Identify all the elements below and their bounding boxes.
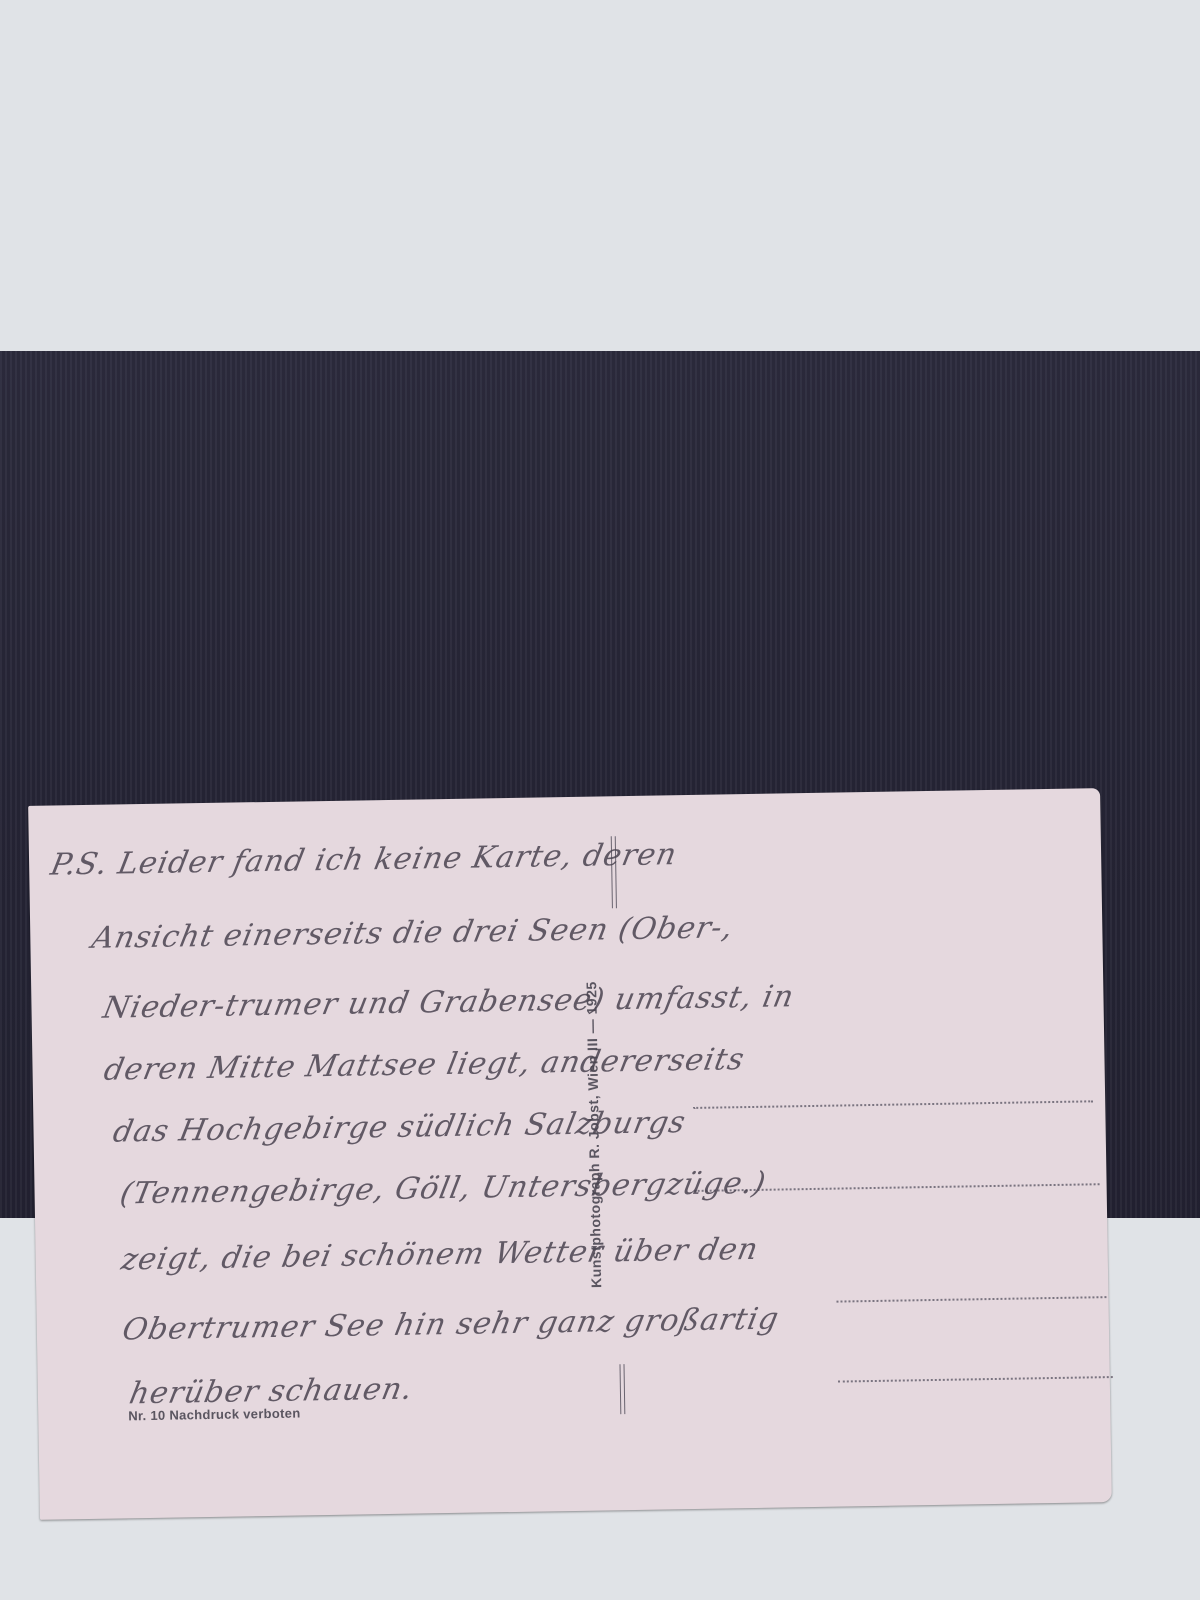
handwriting-line: zeigt, die bei schönem Wetter über den — [118, 1232, 761, 1278]
handwriting-line: deren Mitte Mattsee liegt, andererseits — [101, 1042, 748, 1088]
handwriting-line: Nieder-trumer und Grabensee) umfasst, in — [100, 979, 797, 1026]
handwriting-line: Ansicht einerseits die drei Seen (Ober-, — [89, 910, 737, 956]
postcard-back: Kunstphotograph R. Jobst, Wien III — 192… — [28, 788, 1112, 1520]
handwriting-line: (Tennengebirge, Göll, Untersbergzüge.) — [117, 1166, 769, 1212]
handwriting-line: das Hochgebirge südlich Salzburgs — [110, 1105, 689, 1150]
handwriting-line: Obertrumer See hin sehr ganz großartig — [119, 1302, 782, 1348]
postcard-photo: Kunstphotograph R. Jobst, Wien III — 192… — [0, 351, 1200, 1218]
handwriting-line: P.S. Leider fand ich keine Karte, deren — [48, 837, 680, 882]
reprint-notice: Nr. 10 Nachdruck verboten — [128, 1406, 300, 1424]
